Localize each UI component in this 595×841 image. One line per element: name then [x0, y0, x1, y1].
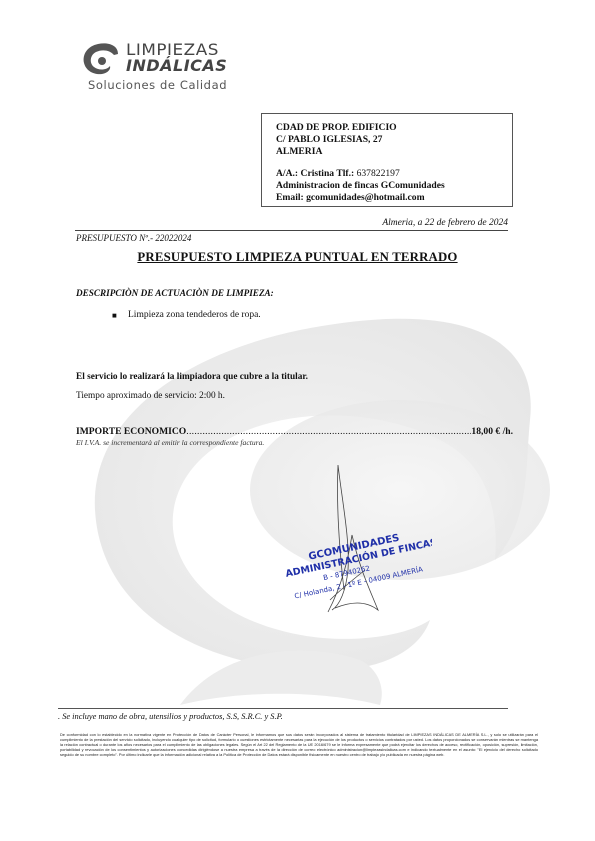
recipient-attn: A/A.: Cristina Tlf.: 637822197	[276, 168, 400, 179]
recipient-line3: ALMERIA	[276, 146, 322, 157]
budget-number: PRESUPUESTO Nº.- 22022024	[76, 233, 191, 243]
attn-label: A/A.: Cristina Tlf.:	[276, 168, 354, 179]
logo-swirl-icon	[80, 40, 122, 76]
company-stamp: GCOMUNIDADES ADMINISTRACIÓN DE FINCAS S.…	[282, 528, 432, 608]
inclusion-note: . Se incluye mano de obra, utensilios y …	[58, 712, 283, 721]
import-leader-dots: ........................................…	[186, 426, 471, 437]
service-time: Tiempo aproximado de servicio: 2:00 h.	[76, 391, 225, 401]
recipient-line1: CDAD DE PROP. EDIFICIO	[276, 122, 397, 133]
header-divider	[75, 230, 508, 231]
vat-note: El I.V.A. se incrementarà al emitir la c…	[76, 438, 264, 447]
import-label: IMPORTE ECONOMICO	[76, 426, 186, 437]
description-heading: DESCRIPCIÒN DE ACTUACIÒN DE LIMPIEZA:	[76, 288, 274, 298]
company-tagline: Soluciones de Calidad	[88, 78, 227, 92]
recipient-email: Email: gcomunidades@hotmail.com	[276, 192, 425, 203]
import-row: IMPORTE ECONOMICO ......................…	[76, 426, 513, 437]
recipient-address-box: CDAD DE PROP. EDIFICIO C/ PABLO IGLESIAS…	[261, 113, 513, 207]
footer-divider	[58, 708, 508, 709]
import-value: 18,00 € /h.	[471, 426, 513, 437]
recipient-admin: Administracion de fincas GComunidades	[276, 180, 445, 191]
description-item: Limpieza zona tendederos de ropa.	[128, 310, 261, 320]
document-title: PRESUPUESTO LIMPIEZA PUNTUAL EN TERRADO	[0, 250, 595, 265]
recipient-line2: C/ PABLO IGLESIAS, 27	[276, 134, 382, 145]
attn-phone: 637822197	[357, 168, 400, 179]
company-logo: LIMPIEZAS INDÁLICAS Soluciones de Calida…	[80, 38, 260, 98]
service-note: El servicio lo realizará la limpiadora q…	[76, 372, 308, 382]
document-date: Almeria, a 22 de febrero de 2024	[300, 218, 508, 228]
bullet-icon: ■	[112, 311, 117, 320]
company-name-line2: INDÁLICAS	[126, 58, 227, 74]
privacy-notice: De conformidad con lo establecido en la …	[60, 732, 538, 757]
